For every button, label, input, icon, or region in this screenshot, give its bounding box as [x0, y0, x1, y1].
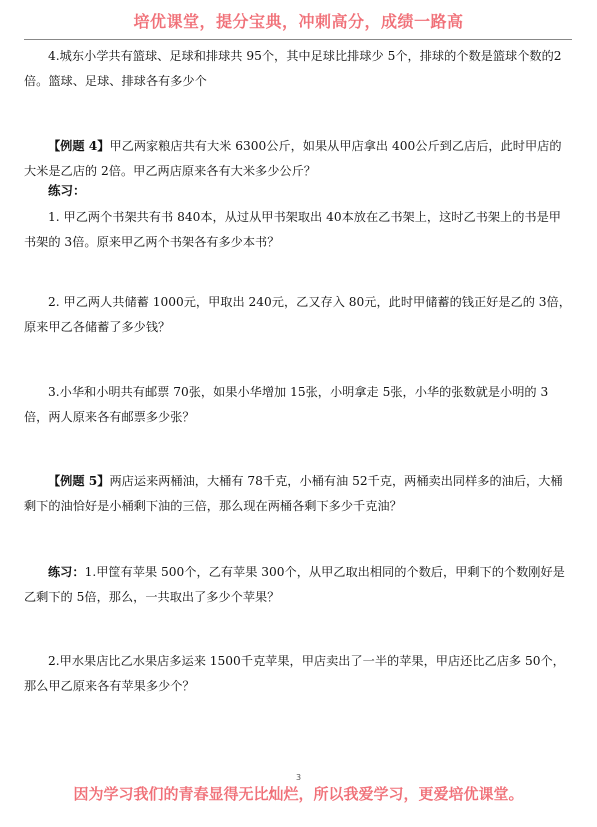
example-5: 【例题 5】两店运来两桶油，大桶有 78千克，小桶有油 52千克，两桶卖出同样多… — [24, 469, 572, 519]
problem-text: 2. 甲乙两人共储蓄 1000元，甲取出 240元，乙又存入 80元，此时甲储蓄… — [24, 295, 571, 334]
practice-label: 练习： — [48, 181, 86, 199]
practice-5-1: 练习：1.甲筐有苹果 500个，乙有苹果 300个，从甲乙取出相同的个数后，甲剩… — [24, 560, 572, 610]
practice-label: 练习： — [48, 565, 85, 579]
problem-text: 1. 甲乙两个书架共有书 840本，从过从甲书架取出 40本放在乙书架上，这时乙… — [24, 210, 561, 249]
example-label: 【例题 4】 — [48, 139, 109, 153]
practice-1: 1. 甲乙两个书架共有书 840本，从过从甲书架取出 40本放在乙书架上，这时乙… — [24, 205, 572, 255]
practice-2: 2. 甲乙两人共储蓄 1000元，甲取出 240元，乙又存入 80元，此时甲储蓄… — [24, 290, 572, 340]
footer-slogan: 因为学习我们的青春显得无比灿烂，所以我爱学习，更爱培优课堂。 — [0, 783, 597, 804]
page-number: 3 — [0, 773, 597, 782]
problem-text: 3.小华和小明共有邮票 70张，如果小华增加 15张，小明拿走 5张，小华的张数… — [24, 385, 548, 424]
problem-text: 2.甲水果店比乙水果店多运来 1500千克苹果，甲店卖出了一半的苹果，甲店还比乙… — [24, 654, 565, 693]
practice-5-2: 2.甲水果店比乙水果店多运来 1500千克苹果，甲店卖出了一半的苹果，甲店还比乙… — [24, 649, 572, 699]
header-divider — [24, 39, 572, 40]
problem-text: 1.甲筐有苹果 500个，乙有苹果 300个，从甲乙取出相同的个数后，甲剩下的个… — [24, 565, 565, 604]
practice-3: 3.小华和小明共有邮票 70张，如果小华增加 15张，小明拿走 5张，小华的张数… — [24, 380, 572, 430]
problem-4: 4.城东小学共有篮球、足球和排球共 95个，其中足球比排球少 5个，排球的个数是… — [24, 44, 572, 94]
problem-text: 4.城东小学共有篮球、足球和排球共 95个，其中足球比排球少 5个，排球的个数是… — [24, 49, 562, 88]
example-4: 【例题 4】甲乙两家粮店共有大米 6300公斤，如果从甲店拿出 400公斤到乙店… — [24, 134, 572, 184]
header-slogan: 培优课堂，提分宝典，冲刺高分，成绩一路高 — [0, 9, 597, 32]
example-label: 【例题 5】 — [48, 474, 109, 488]
